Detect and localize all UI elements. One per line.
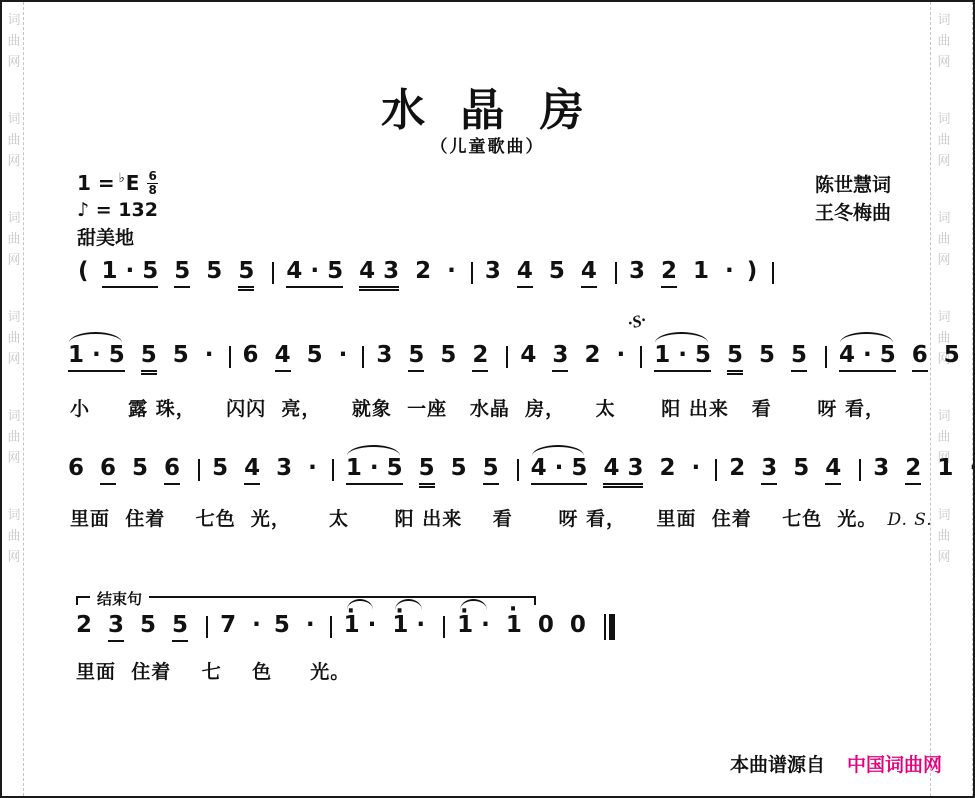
note: 3 bbox=[761, 457, 777, 485]
watermark-char: 曲 bbox=[7, 431, 20, 444]
note: 0 bbox=[538, 614, 554, 642]
note: 5 bbox=[174, 260, 190, 288]
thin-bar bbox=[604, 614, 606, 640]
note: 6 bbox=[243, 344, 259, 372]
lyric-line-2: 里面 住着 七色 光， 太 阳 出来 看 呀 看， 里面 住着 七色 光。D. … bbox=[70, 504, 933, 531]
watermark-text: 词曲网 bbox=[937, 505, 950, 568]
barline bbox=[859, 459, 861, 481]
watermark-char: 曲 bbox=[937, 431, 950, 444]
watermark-char: 曲 bbox=[937, 233, 950, 246]
watermark-char: 曲 bbox=[937, 530, 950, 543]
meter-lower: 8 bbox=[147, 184, 157, 197]
note: 5 bbox=[206, 260, 222, 288]
watermark-char: 词 bbox=[7, 410, 20, 423]
key-letter: E bbox=[126, 171, 140, 196]
watermark-char: 词 bbox=[937, 14, 950, 27]
barline bbox=[272, 262, 274, 284]
barline bbox=[715, 459, 717, 481]
note: 6 bbox=[164, 457, 180, 485]
note: 1 · 5 bbox=[346, 457, 403, 485]
watermark-char: 网 bbox=[7, 452, 20, 465]
watermark-text: 词曲网 bbox=[937, 10, 950, 73]
note: 4 · 5 bbox=[286, 260, 343, 288]
watermark-text: 词曲网 bbox=[7, 505, 20, 568]
note: 4 · 5 bbox=[839, 344, 896, 372]
watermark-char: 网 bbox=[7, 254, 20, 267]
expression-marking: 甜美地 bbox=[77, 227, 158, 251]
note: 5 bbox=[759, 344, 775, 372]
note: 4 3 bbox=[603, 457, 643, 488]
note: 5 bbox=[172, 614, 188, 642]
note: 2 bbox=[659, 457, 675, 485]
note: 5 bbox=[212, 457, 228, 485]
note: 2 bbox=[729, 457, 745, 485]
barline bbox=[772, 262, 774, 284]
note: 4 bbox=[517, 260, 533, 288]
barline bbox=[330, 616, 332, 638]
watermark-char: 词 bbox=[937, 410, 950, 423]
note: 5 bbox=[944, 344, 960, 372]
watermark-char: 词 bbox=[7, 311, 20, 324]
note: 3 bbox=[485, 260, 501, 288]
note: 2 bbox=[415, 260, 431, 288]
song-subtitle: （儿童歌曲） bbox=[2, 132, 973, 157]
watermark-char: 词 bbox=[7, 14, 20, 27]
note: 5 bbox=[307, 344, 323, 372]
source-attribution: 本曲谱源自中国词曲网 bbox=[2, 750, 942, 777]
note: 1 · bbox=[344, 614, 377, 642]
watermark-text: 词曲网 bbox=[937, 208, 950, 271]
note: 1 bbox=[506, 614, 522, 642]
note: 4 · 5 bbox=[531, 457, 588, 485]
tempo-value: = 132 bbox=[89, 199, 158, 221]
note: 4 bbox=[825, 457, 841, 485]
note: 1 · 5 bbox=[68, 344, 125, 372]
source-prefix: 本曲谱源自 bbox=[730, 754, 825, 776]
note: 2 bbox=[661, 260, 677, 288]
barline bbox=[198, 459, 200, 481]
lyric-line-2-text: 里面 住着 七色 光， 太 阳 出来 看 呀 看， 里面 住着 七色 光。 bbox=[70, 508, 877, 530]
watermark-char: 词 bbox=[937, 212, 950, 225]
time-signature: 6 8 bbox=[147, 170, 157, 196]
lyric-line-3: 里面 住着 七 色 光。 bbox=[76, 657, 350, 684]
music-line-verse-1: 1 · 555·645·3552432··S·1 · 55554 · 565· bbox=[68, 344, 975, 372]
composer-credit: 王冬梅曲 bbox=[815, 200, 891, 228]
music-symbol: · bbox=[205, 344, 214, 372]
watermark-char: 网 bbox=[7, 353, 20, 366]
credits-block: 陈世慧词 王冬梅曲 bbox=[815, 172, 891, 227]
note: 2 bbox=[905, 457, 921, 485]
barline bbox=[362, 346, 364, 368]
barline bbox=[615, 262, 617, 284]
note: 6 bbox=[100, 457, 116, 485]
watermark-char: 网 bbox=[937, 551, 950, 564]
watermark-char: 曲 bbox=[7, 332, 20, 345]
watermark-char: 词 bbox=[7, 509, 20, 522]
note: 5 bbox=[141, 344, 157, 375]
note: 1 · bbox=[392, 614, 425, 642]
key-prefix: 1 = bbox=[77, 171, 115, 196]
note: 5 bbox=[274, 614, 290, 642]
note: 5 bbox=[727, 344, 743, 375]
note: 5 bbox=[451, 457, 467, 485]
song-title: 水 晶 房 bbox=[2, 74, 973, 138]
watermark-char: 曲 bbox=[937, 35, 950, 48]
note: 3 bbox=[629, 260, 645, 288]
music-symbol: · bbox=[252, 614, 261, 642]
watermark-char: 曲 bbox=[7, 530, 20, 543]
watermark-char: 曲 bbox=[7, 35, 20, 48]
note: 3 bbox=[873, 457, 889, 485]
note: 5 bbox=[793, 457, 809, 485]
barline bbox=[517, 459, 519, 481]
lyric-line-1: 小 露 珠， 闪闪 亮， 就象 一座 水晶 房， 太 阳 出来 看 呀 看， bbox=[70, 394, 885, 421]
music-line-intro: (1 · 55554 · 54 32·3454321·) bbox=[78, 260, 786, 288]
eighth-note-icon: ♪ bbox=[77, 199, 89, 221]
note: 1 bbox=[693, 260, 709, 288]
music-line-verse-2: 6656543·1 · 55554 · 54 32·2354321·: bbox=[68, 457, 975, 485]
final-barline bbox=[604, 614, 615, 640]
segno-icon: ·S· bbox=[626, 310, 648, 334]
note: 5 bbox=[140, 614, 156, 642]
watermark-char: 曲 bbox=[7, 233, 20, 246]
barline bbox=[506, 346, 508, 368]
sheet-music-page: 词曲网词曲网词曲网词曲网词曲网词曲网 词曲网词曲网词曲网词曲网词曲网词曲网 水 … bbox=[0, 0, 975, 798]
watermark-char: 词 bbox=[937, 311, 950, 324]
note: 2 bbox=[76, 614, 92, 642]
note: 4 bbox=[244, 457, 260, 485]
barline bbox=[443, 616, 445, 638]
note: 4 3 bbox=[359, 260, 399, 291]
note: 4 bbox=[581, 260, 597, 288]
lyricist-credit: 陈世慧词 bbox=[815, 172, 891, 200]
music-symbol: · bbox=[306, 614, 315, 642]
music-symbol: ( bbox=[78, 260, 89, 288]
note: 5 bbox=[238, 260, 254, 291]
note: 2 bbox=[584, 344, 600, 372]
note: 1 bbox=[937, 457, 953, 485]
note: 6 bbox=[68, 457, 84, 485]
music-symbol: · bbox=[616, 344, 625, 372]
note: 0 bbox=[570, 614, 586, 642]
watermark-char: 网 bbox=[7, 56, 20, 69]
barline bbox=[206, 616, 208, 638]
barline bbox=[332, 459, 334, 481]
thick-bar bbox=[609, 614, 615, 640]
note: 1 · 5 bbox=[654, 344, 711, 372]
note: 3 bbox=[276, 457, 292, 485]
note: 4 bbox=[275, 344, 291, 372]
barline bbox=[471, 262, 473, 284]
note: 1 · 5 bbox=[102, 260, 159, 288]
music-symbol: ) bbox=[747, 260, 758, 288]
watermark-char: 词 bbox=[937, 509, 950, 522]
barline bbox=[229, 346, 231, 368]
watermark-text: 词曲网 bbox=[7, 208, 20, 271]
note: 5 bbox=[419, 457, 435, 488]
music-symbol: · bbox=[969, 457, 975, 485]
flat-icon: ♭ bbox=[119, 171, 125, 187]
note: 7 bbox=[220, 614, 236, 642]
watermark-char: 网 bbox=[937, 56, 950, 69]
note: 3 bbox=[376, 344, 392, 372]
music-symbol: · bbox=[725, 260, 734, 288]
watermark-text: 词曲网 bbox=[7, 406, 20, 469]
note: 5 bbox=[483, 457, 499, 485]
meter-upper: 6 bbox=[147, 170, 157, 184]
note: 3 bbox=[552, 344, 568, 372]
note: 5 bbox=[173, 344, 189, 372]
note: 3 bbox=[108, 614, 124, 642]
music-symbol: · bbox=[691, 457, 700, 485]
note: 5 bbox=[791, 344, 807, 372]
barline: ·S· bbox=[640, 346, 642, 368]
note: 6 bbox=[912, 344, 928, 372]
note: 5 bbox=[440, 344, 456, 372]
source-site-link[interactable]: 中国词曲网 bbox=[847, 754, 942, 776]
watermark-text: 词曲网 bbox=[7, 10, 20, 73]
tempo-marking: ♪ = 132 bbox=[77, 199, 158, 223]
note: 2 bbox=[472, 344, 488, 372]
note: 4 bbox=[520, 344, 536, 372]
note: 5 bbox=[408, 344, 424, 372]
note: 5 bbox=[132, 457, 148, 485]
ending-label: 结束句 bbox=[90, 588, 149, 609]
watermark-text: 词曲网 bbox=[7, 307, 20, 370]
music-symbol: · bbox=[339, 344, 348, 372]
key-signature: 1 = ♭E 6 8 bbox=[77, 170, 158, 196]
watermark-char: 词 bbox=[7, 212, 20, 225]
barline bbox=[825, 346, 827, 368]
watermark-char: 网 bbox=[937, 254, 950, 267]
note: 1 · bbox=[457, 614, 490, 642]
key-tempo-block: 1 = ♭E 6 8 ♪ = 132 甜美地 bbox=[77, 170, 158, 251]
music-symbol: · bbox=[447, 260, 456, 288]
music-line-ending: 23557·5·1 ·1 ·1 ·100 bbox=[76, 614, 615, 642]
music-symbol: · bbox=[308, 457, 317, 485]
note: 5 bbox=[549, 260, 565, 288]
dal-segno-marking: D. S. bbox=[887, 510, 932, 530]
watermark-char: 网 bbox=[7, 551, 20, 564]
